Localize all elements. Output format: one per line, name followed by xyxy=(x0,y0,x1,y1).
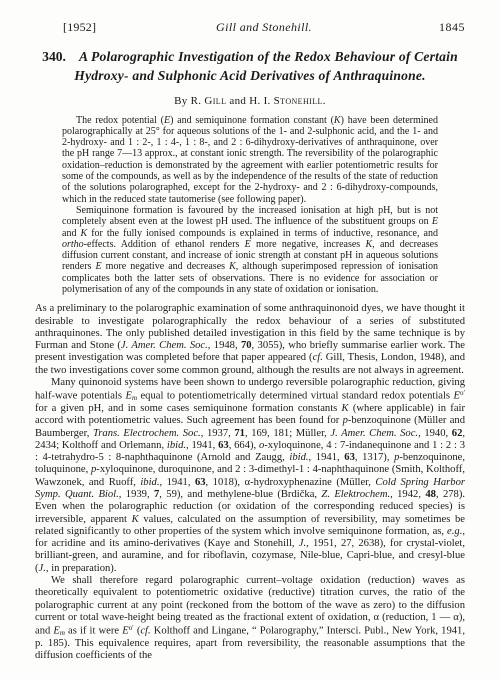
issue-year: [1952] xyxy=(35,20,164,35)
abstract-paragraph: The redox potential (E) and semiquinone … xyxy=(62,115,438,205)
article-title: A Polarographic Investigation of the Red… xyxy=(74,49,458,83)
abstract: The redox potential (E) and semiquinone … xyxy=(62,115,438,296)
journal-page: [1952] Gill and Stonehill. 1845 340.A Po… xyxy=(0,0,500,679)
body-paragraph: We shall therefore regard polarographic … xyxy=(35,575,465,662)
body-paragraph: As a preliminary to the polarographic ex… xyxy=(35,303,465,377)
article-number: 340. xyxy=(42,49,66,64)
body-paragraph: Many quinonoid systems have been shown t… xyxy=(35,377,465,575)
byline: By R. Gill and H. I. Stonehill. xyxy=(35,95,465,107)
article-body: As a preliminary to the polarographic ex… xyxy=(35,303,465,662)
page-header: [1952] Gill and Stonehill. 1845 xyxy=(35,20,465,35)
page-number: 1845 xyxy=(365,20,466,35)
running-head: Gill and Stonehill. xyxy=(164,20,365,35)
abstract-paragraph: Semiquinone formation is favoured by the… xyxy=(62,205,438,295)
article-title-block: 340.A Polarographic Investigation of the… xyxy=(38,47,462,86)
